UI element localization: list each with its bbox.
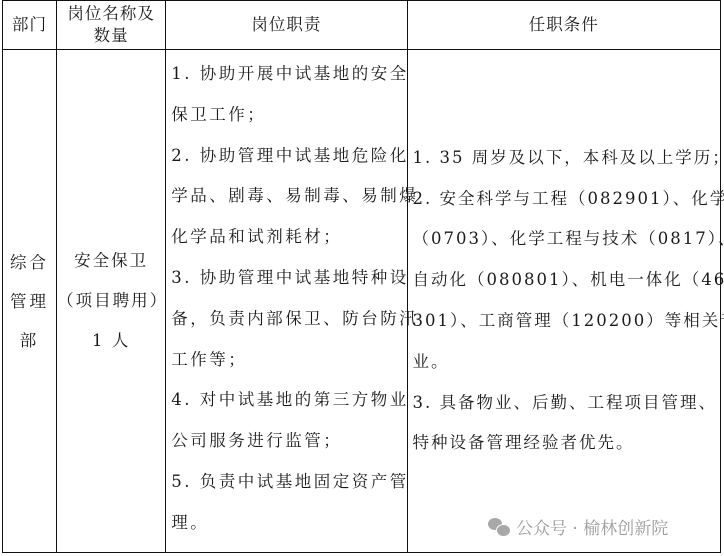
header-requirements: 任职条件: [407, 1, 720, 50]
header-duties: 岗位职责: [166, 1, 407, 50]
header-post: 岗位名称及 数量: [57, 1, 166, 50]
watermark: 公众号 · 榆林创新院: [484, 512, 672, 541]
watermark-text: 公众号 · 榆林创新院: [516, 514, 668, 539]
table-row: 综合 管理 部 安全保卫 （项目聘用） 1 人 1. 协助开展中试基地的安全 保…: [3, 50, 721, 553]
post-cell: 安全保卫 （项目聘用） 1 人: [57, 50, 166, 553]
header-department: 部门: [3, 1, 57, 50]
department-cell: 综合 管理 部: [3, 50, 57, 553]
duties-cell: 1. 协助开展中试基地的安全 保卫工作； 2. 协助管理中试基地危险化 学品、剧…: [166, 50, 407, 553]
requirements-cell: 1. 35 周岁及以下，本科及以上学历； 2. 安全科学与工程（082901）、…: [407, 50, 720, 553]
recruitment-table: 部门 岗位名称及 数量 岗位职责 任职条件 综合 管理 部 安全保卫 （项目聘用…: [2, 0, 721, 553]
header-row: 部门 岗位名称及 数量 岗位职责 任职条件: [3, 1, 721, 50]
wechat-icon: [488, 518, 510, 536]
